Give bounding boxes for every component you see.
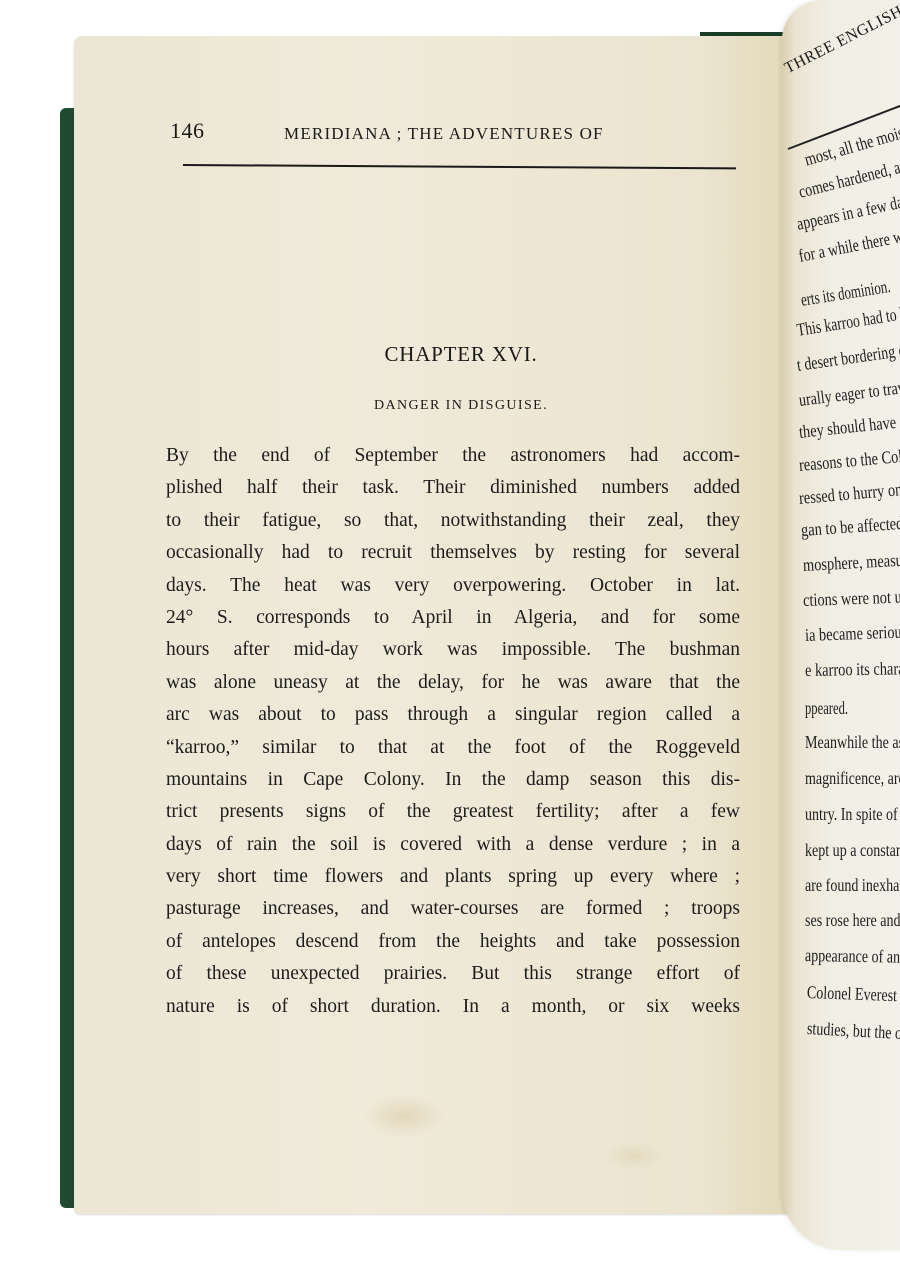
text-line: was alone uneasy at the delay, for he wa… — [166, 667, 740, 699]
text-line: to their fatigue, so that, notwithstandi… — [166, 505, 740, 537]
text-line: untry. In spite of th — [805, 804, 900, 825]
text-line: days of rain the soil is covered with a … — [166, 829, 740, 861]
text-line: e karroo its character — [805, 658, 900, 681]
text-line: mountains in Cape Colony. In the damp se… — [166, 764, 740, 796]
text-line: appearance of an Englis — [805, 945, 900, 968]
text-line: By the end of September the astronomers … — [166, 440, 740, 472]
running-head: MERIDIANA ; THE ADVENTURES OF — [284, 124, 604, 144]
text-line: pasturage increases, and water-courses a… — [166, 893, 740, 925]
text-line: very short time flowers and plants sprin… — [166, 861, 740, 893]
text-line: Colonel Everest was — [807, 982, 900, 1007]
text-line: ses rose here and there — [805, 910, 900, 931]
text-line: plished half their task. Their diminishe… — [166, 472, 740, 504]
text-line: ctions were not unfreq — [803, 585, 900, 610]
page-number: 146 — [170, 118, 205, 144]
chapter-subtitle: DANGER IN DISGUISE. — [0, 398, 900, 414]
body-text: By the end of September the astronomers … — [166, 440, 740, 1023]
text-line: are found inexhaustible — [805, 875, 900, 896]
text-line: hours after mid-day work was impossible.… — [166, 634, 740, 666]
chapter-title: CHAPTER XVI. — [0, 342, 900, 367]
text-line: of these unexpected prairies. But this s… — [166, 958, 740, 990]
text-line: Meanwhile the astronor — [805, 732, 900, 753]
text-line: nature is of short duration. In a month,… — [166, 991, 740, 1023]
text-line: kept up a constant freshn — [805, 840, 900, 861]
text-line: trict presents signs of the greatest fer… — [166, 796, 740, 828]
text-line: of antelopes descend from the heights an… — [166, 926, 740, 958]
text-line: magnificence, around — [805, 768, 900, 789]
text-line: days. The heat was very overpowering. Oc… — [166, 570, 740, 602]
text-line: 24° S. corresponds to April in Algeria, … — [166, 602, 740, 634]
text-line: “karroo,” similar to that at the foot of… — [166, 732, 740, 764]
text-line: ia became seriously con — [805, 620, 900, 646]
text-line: arc was about to pass through a singular… — [166, 699, 740, 731]
text-line: occasionally had to recruit themselves b… — [166, 537, 740, 569]
text-line: ppeared. — [805, 698, 848, 719]
